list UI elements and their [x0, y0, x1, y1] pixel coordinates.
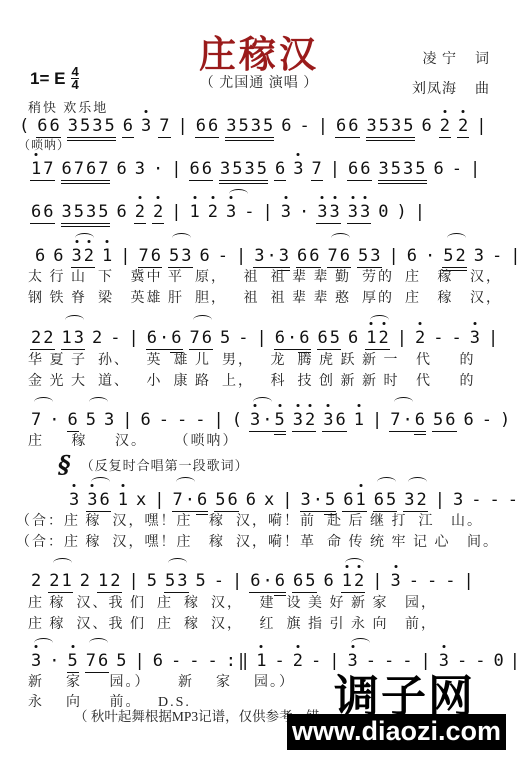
watermark-url: www.diaozi.com: [287, 714, 506, 750]
notation-line-2: 17676763·|663535637|6635356-|: [30, 158, 481, 181]
segno-instruction: （反复时合唱第一段歌词）: [81, 455, 249, 474]
lyrics-line: 庄 稼 汉、我 们 庄 稼 汉， 建 设 美 好 新 家 园，: [28, 592, 437, 612]
lyrics-line: 华 夏 子 孙、 英 雄 儿 男， 龙 腾 虎 跃 新 一 代 的: [28, 349, 476, 369]
lyrics-line: 金 光 大 道、 小 康 路 上， 科 技 创 新 新 时 代 的: [28, 370, 476, 390]
notation-line-6: 7·653|6---|(3·532361|7·6566-)|: [30, 409, 518, 432]
notation-line-1: (663535637|6635356-|663535622|: [18, 115, 488, 138]
segno-row: § （反复时合唱第一段歌词）: [58, 450, 249, 479]
lyrics-line: 新 家 园。） 新 家 园。）: [28, 671, 295, 691]
segno-icon: §: [58, 450, 71, 479]
transcriber-note: （ 秋叶起舞根据MP3记谱，仅供参考。错: [74, 705, 320, 725]
lyrics-line: 庄 稼 汉、我 们 庄 稼 汉， 红 旗 指 引 永 向 前，: [28, 613, 437, 633]
notation-line-4: 66321|76536-|3·3667653|6·523-|: [34, 245, 518, 268]
lyrics-line: （合：庄 稼 汉，嘿！庄 稼 汉，嗬！前 赴 后 继 打 江 山。: [16, 510, 483, 530]
lyrics-line: 庄 稼 汉。 （唢呐）: [28, 430, 239, 450]
tempo-marking: 稍快 欢乐地: [28, 97, 108, 116]
notation-line-8: 221212|5535-|6·665612|3---|: [30, 570, 475, 593]
lyricist-credit: 凌 宁 词: [423, 48, 491, 68]
sheet-music-page: { "header": { "title": "庄稼汉", "lyricist"…: [0, 0, 518, 757]
lyrics-line: （合：庄 稼 汉，嘿！庄 稼 汉，嗬！革 命 传 统 牢 记 心 间。: [16, 531, 499, 551]
performer-credit: （ 尤国通 演唱 ）: [0, 72, 518, 92]
instrument-cue: （唢呐）: [18, 136, 70, 153]
notation-line-3: 663535622|123-|3·33330)|: [30, 201, 426, 224]
notation-line-5: 22132-|6·6765-|6·665612|2--3|: [30, 327, 499, 350]
notation-line-7: 3361x|7·6566x|3·5616532|3---|: [68, 489, 518, 512]
lyrics-line: 钢 铁 脊 梁 英雄 肝 胆， 祖 祖 辈 辈 憨 厚的 庄 稼 汉，: [28, 287, 502, 307]
lyrics-line: 太 行 山 下 冀中 平 原， 祖 祖 辈 辈 勤 劳的 庄 稼 汉，: [28, 266, 502, 286]
